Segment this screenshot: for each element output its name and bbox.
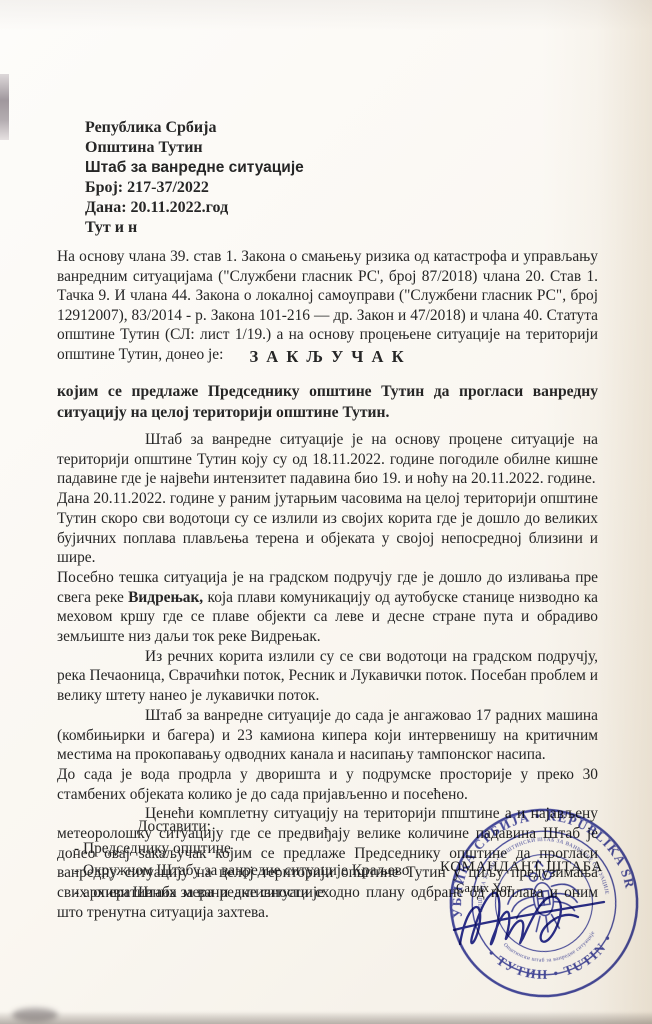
proposal-paragraph: којим се предлаже Председнику општине Ту…	[57, 381, 598, 423]
river-name-bold: Видрењак,	[128, 589, 203, 606]
delivery-list: Доставити: - Председнику општине - Окруж…	[57, 816, 409, 904]
header-country: Република Србија	[85, 118, 304, 138]
delivery-item: - Окружном Штабу за ванредне ситуације К…	[74, 860, 409, 882]
header-place: Тут и н	[85, 218, 304, 238]
document-header: Република Србија Општина Тутин Штаб за в…	[85, 118, 304, 238]
body-paragraph: Посебно тешка ситуација је на градском п…	[57, 568, 598, 647]
scan-edge-artifact	[0, 74, 9, 140]
signature-graphic	[452, 872, 612, 967]
header-date: Дана: 20.11.2022.год	[85, 198, 304, 218]
document-title: З А К Љ У Ч А К	[57, 347, 598, 367]
signature-scribble	[452, 872, 612, 967]
scanned-document-page: { "page": { "background": "#faf7f1", "in…	[0, 0, 652, 1024]
page-bottom-shadow	[0, 1012, 652, 1024]
header-staff: Штаб за ванредне ситуације	[85, 158, 304, 178]
delivery-item: - архиви Штаба за ванредне ситуације	[74, 882, 409, 904]
body-paragraph: Дана 20.11.2022. године у раним јутарњим…	[57, 489, 598, 568]
body-paragraph: Из речних корита излили су се сви водото…	[57, 647, 598, 706]
header-number: Број: 217-37/2022	[85, 178, 304, 198]
body-paragraph: Штаб за ванредне ситуације до сада је ан…	[57, 706, 598, 765]
body-paragraph: Штаб за ванредне ситуације је на основу …	[57, 430, 598, 489]
delivery-heading: Доставити:	[137, 816, 409, 838]
body-paragraph: До сада је вода продрла у дворишта и у п…	[57, 765, 598, 804]
delivery-item: - Председнику општине	[74, 838, 409, 860]
header-municipality: Општина Тутин	[85, 138, 304, 158]
